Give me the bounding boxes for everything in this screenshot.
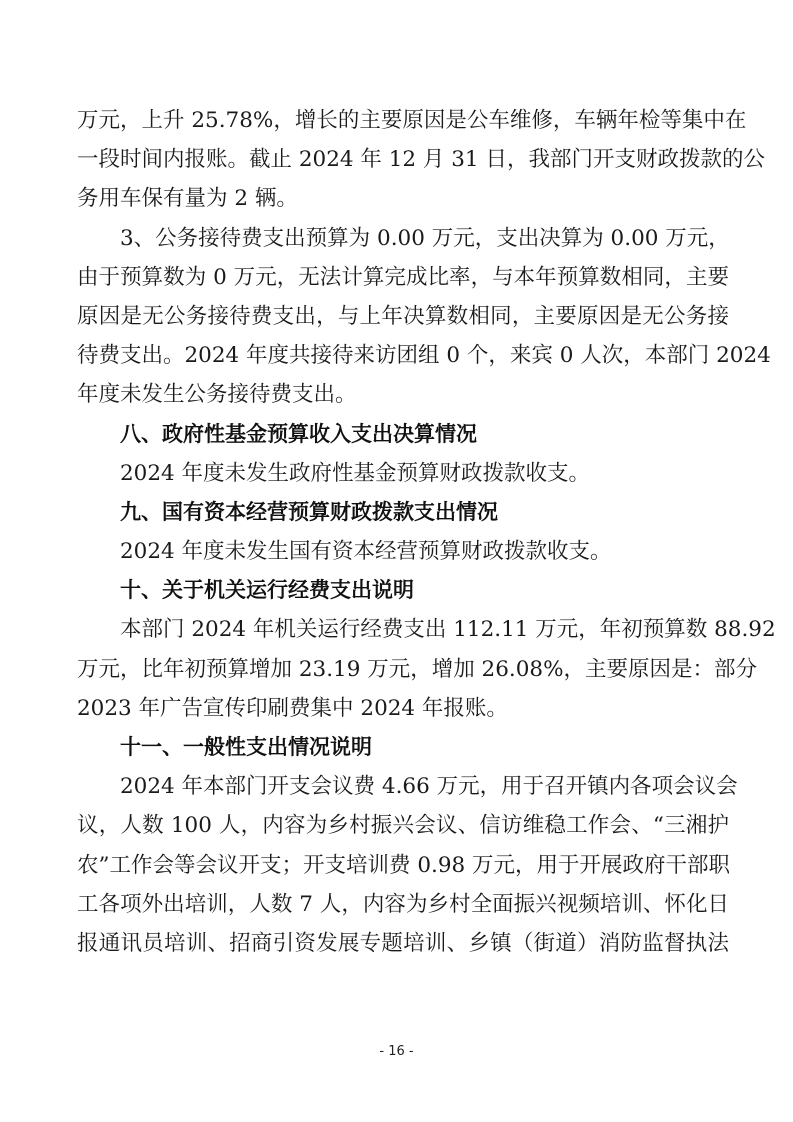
document-page: 万元，上升 25.78%，增长的主要原因是公车维修，车辆年检等集中在 一段时间内…	[77, 101, 729, 963]
paragraph-line: 由于预算数为 0 万元，无法计算完成比率，与本年预算数相同，主要	[77, 258, 729, 297]
paragraph-line: 2024 年本部门开支会议费 4.66 万元，用于召开镇内各项会议会	[77, 767, 729, 806]
paragraph-line: 2023 年广告宣传印刷费集中 2024 年报账。	[77, 689, 729, 728]
section-heading-10: 十、关于机关运行经费支出说明	[77, 571, 729, 610]
paragraph-line: 报通讯员培训、招商引资发展专题培训、乡镇（街道）消防监督执法	[77, 924, 729, 963]
paragraph-line: 年度未发生公务接待费支出。	[77, 375, 729, 414]
paragraph-line: 一段时间内报账。截止 2024 年 12 月 31 日，我部门开支财政拨款的公	[77, 140, 729, 179]
paragraph-line: 农”工作会等会议开支；开支培训费 0.98 万元，用于开展政府干部职	[77, 846, 729, 885]
paragraph-line: 2024 年度未发生国有资本经营预算财政拨款收支。	[77, 532, 729, 571]
paragraph-line: 原因是无公务接待费支出，与上年决算数相同，主要原因是无公务接	[77, 297, 729, 336]
paragraph-line: 工各项外出培训，人数 7 人，内容为乡村全面振兴视频培训、怀化日	[77, 885, 729, 924]
page-number: - 16 -	[0, 1044, 793, 1059]
paragraph-line: 万元，上升 25.78%，增长的主要原因是公车维修，车辆年检等集中在	[77, 101, 729, 140]
paragraph-line: 本部门 2024 年机关运行经费支出 112.11 万元，年初预算数 88.92	[77, 610, 729, 649]
paragraph-line: 万元，比年初预算增加 23.19 万元，增加 26.08%，主要原因是：部分	[77, 650, 729, 689]
section-heading-8: 八、政府性基金预算收入支出决算情况	[77, 415, 729, 454]
paragraph-line: 议，人数 100 人，内容为乡村振兴会议、信访维稳工作会、“三湘护	[77, 806, 729, 845]
paragraph-line: 务用车保有量为 2 辆。	[77, 179, 729, 218]
paragraph-line: 3、公务接待费支出预算为 0.00 万元，支出决算为 0.00 万元，	[77, 219, 729, 258]
paragraph-line: 2024 年度未发生政府性基金预算财政拨款收支。	[77, 454, 729, 493]
paragraph-line: 待费支出。2024 年度共接待来访团组 0 个，来宾 0 人次，本部门 2024	[77, 336, 729, 375]
section-heading-9: 九、国有资本经营预算财政拨款支出情况	[77, 493, 729, 532]
section-heading-11: 十一、一般性支出情况说明	[77, 728, 729, 767]
